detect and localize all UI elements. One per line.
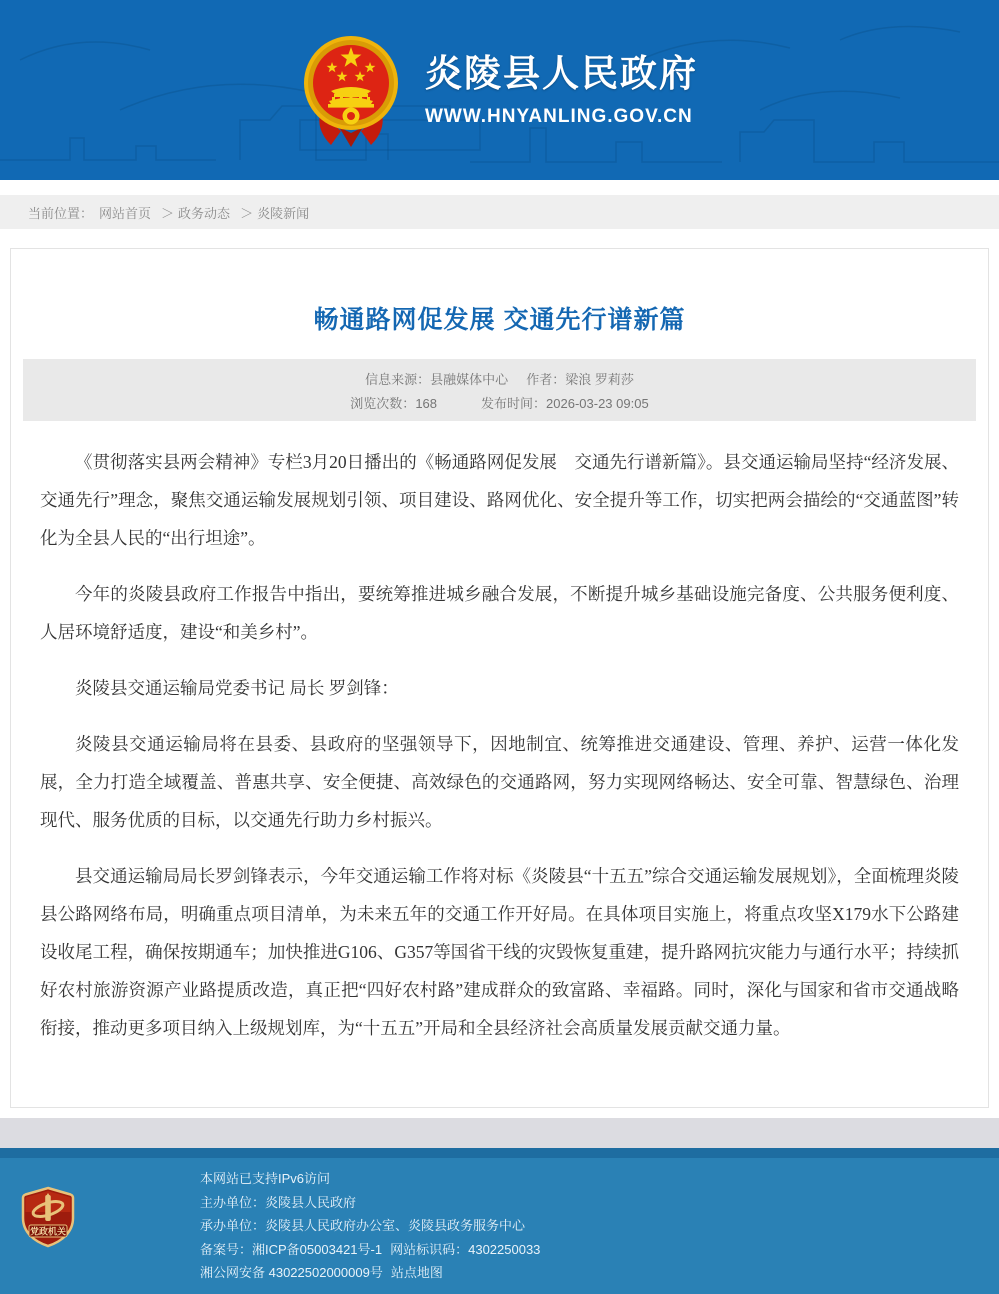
footer-organizer-value: 炎陵县人民政府办公室、炎陵县政务服务中心 <box>265 1218 525 1233</box>
meta-source-value: 县融媒体中心 <box>430 372 508 387</box>
breadcrumb-news-link[interactable]: 政务动态 <box>178 203 230 222</box>
footer-icp-label: 备案号： <box>200 1242 252 1257</box>
site-logo-link[interactable]: 炎陵县人民政府 WWW.HNYANLING.GOV.CN <box>0 0 999 180</box>
article-body: 《贯彻落实县两会精神》专栏3月20日播出的《畅通路网促发展 交通先行谱新篇》。县… <box>40 443 959 1069</box>
party-government-badge-icon[interactable]: 党政机关 <box>18 1186 78 1248</box>
page: 炎陵县人民政府 WWW.HNYANLING.GOV.CN 当前位置： 网站首页 … <box>0 0 999 1294</box>
article-paragraph: 今年的炎陵县政府工作报告中指出，要统筹推进城乡融合发展，不断提升城乡基础设施完备… <box>40 575 959 651</box>
meta-line-source-author: 信息来源：县融媒体中心作者：梁浪 罗莉莎 <box>365 369 634 388</box>
site-header: 炎陵县人民政府 WWW.HNYANLING.GOV.CN <box>0 0 999 180</box>
meta-views-label: 浏览次数： <box>350 396 415 411</box>
meta-publish-value: 2026-03-23 09:05 <box>546 396 649 411</box>
footer-sitemap-link[interactable]: 站点地图 <box>391 1265 443 1280</box>
article-paragraph: 炎陵县交通运输局党委书记 局长 罗剑锋： <box>40 669 959 707</box>
meta-publish-label: 发布时间： <box>481 396 546 411</box>
site-name: 炎陵县人民政府 <box>425 52 698 96</box>
footer-host-label: 主办单位： <box>200 1195 265 1210</box>
meta-author-label: 作者： <box>526 372 565 387</box>
breadcrumb-label: 当前位置： <box>28 203 93 222</box>
meta-views-value: 168 <box>415 396 437 411</box>
breadcrumb-separator: ＞ <box>240 203 253 222</box>
breadcrumb-current[interactable]: 炎陵新闻 <box>257 203 309 222</box>
site-identity: 炎陵县人民政府 WWW.HNYANLING.GOV.CN <box>425 52 698 127</box>
footer-sitecode-label: 网站标识码： <box>390 1242 468 1257</box>
badge-label: 党政机关 <box>30 1226 66 1237</box>
site-footer: 党政机关 本网站已支持IPv6访问 主办单位：炎陵县人民政府 承办单位：炎陵县人… <box>0 1158 999 1294</box>
footer-top-stripe <box>0 1148 999 1158</box>
article-paragraph: 县交通运输局局长罗剑锋表示，今年交通运输工作将对标《炎陵县“十五五”综合交通运输… <box>40 857 959 1047</box>
footer-police-link[interactable]: 湘公网安备 43022502000009号 <box>200 1265 383 1280</box>
footer-ipv6-line: 本网站已支持IPv6访问 <box>200 1167 540 1191</box>
meta-author-value: 梁浪 罗莉莎 <box>565 372 634 387</box>
article-paragraph: 炎陵县交通运输局将在县委、县政府的坚强领导下，因地制宜、统筹推进交通建设、管理、… <box>40 725 959 839</box>
footer-police-line: 湘公网安备 43022502000009号站点地图 <box>200 1261 540 1285</box>
footer-sitecode-value: 4302250033 <box>468 1242 540 1257</box>
breadcrumb-home-link[interactable]: 网站首页 <box>99 203 151 222</box>
footer-organizer-label: 承办单位： <box>200 1218 265 1233</box>
footer-spacer-strip <box>0 1118 999 1148</box>
breadcrumb: 当前位置： 网站首页 ＞ 政务动态 ＞ 炎陵新闻 <box>0 195 999 229</box>
meta-line-views-time: 浏览次数：168发布时间：2026-03-23 09:05 <box>350 393 648 412</box>
meta-source-label: 信息来源： <box>365 372 430 387</box>
article-card: 畅通路网促发展 交通先行谱新篇 信息来源：县融媒体中心作者：梁浪 罗莉莎 浏览次… <box>10 248 989 1108</box>
national-emblem-icon <box>301 31 401 149</box>
breadcrumb-separator: ＞ <box>161 203 174 222</box>
footer-info: 本网站已支持IPv6访问 主办单位：炎陵县人民政府 承办单位：炎陵县人民政府办公… <box>200 1167 540 1285</box>
footer-organizer-line: 承办单位：炎陵县人民政府办公室、炎陵县政务服务中心 <box>200 1214 540 1238</box>
article-meta: 信息来源：县融媒体中心作者：梁浪 罗莉莎 浏览次数：168发布时间：2026-0… <box>23 359 976 421</box>
article-title: 畅通路网促发展 交通先行谱新篇 <box>31 303 968 337</box>
footer-host-value: 炎陵县人民政府 <box>265 1195 356 1210</box>
article-paragraph: 《贯彻落实县两会精神》专栏3月20日播出的《畅通路网促发展 交通先行谱新篇》。县… <box>40 443 959 557</box>
site-url: WWW.HNYANLING.GOV.CN <box>425 106 698 128</box>
footer-icp-link[interactable]: 湘ICP备05003421号-1 <box>252 1242 382 1257</box>
footer-host-line: 主办单位：炎陵县人民政府 <box>200 1191 540 1215</box>
footer-icp-line: 备案号：湘ICP备05003421号-1网站标识码：4302250033 <box>200 1238 540 1262</box>
